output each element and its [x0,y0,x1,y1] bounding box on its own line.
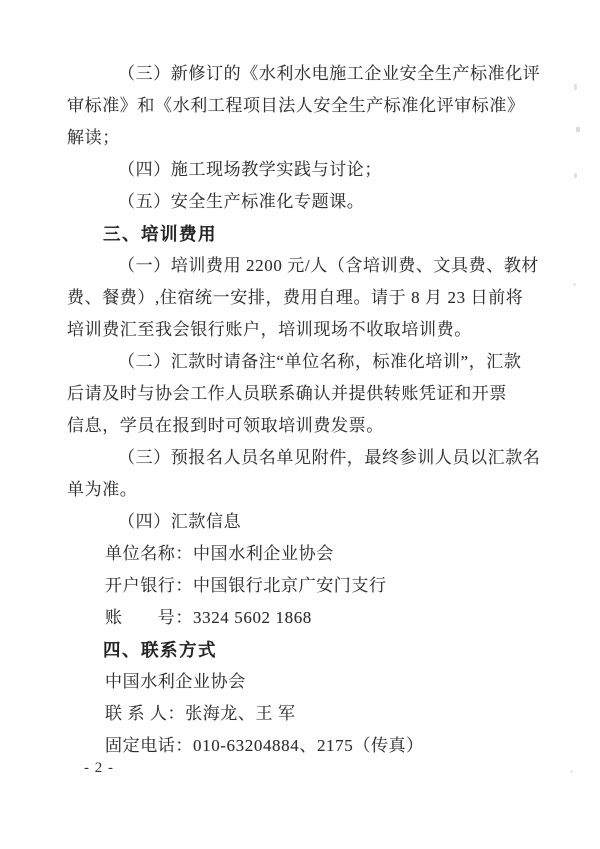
scan-artifact [574,84,577,90]
text-line: （三）新修订的《水利水电施工企业安全生产标准化评 [67,58,539,90]
scan-artifact [576,127,580,132]
text-line: （五）安全生产标准化专题课。 [67,186,539,218]
text-line: 费、餐费）,住宿统一安排，费用自理。请于 8 月 23 日前将 [67,282,539,314]
text-line: 联 系 人：张海龙、王 军 [67,698,539,730]
text-line: 三、培训费用 [67,218,539,250]
text-line: 单位名称：中国水利企业协会 [67,538,539,570]
scan-artifact [574,173,577,178]
text-line: （一）培训费用 2200 元/人（含培训费、文具费、教材 [67,250,539,282]
text-line: 培训费汇至我会银行账户，培训现场不收取培训费。 [67,314,539,346]
text-line: （四）施工现场教学实践与讨论； [67,154,539,186]
text-line: 信息，学员在报到时可领取培训费发票。 [67,410,539,442]
text-line: 中国水利企业协会 [67,666,539,698]
document-page: （三）新修订的《水利水电施工企业安全生产标准化评审标准》和《水利工程项目法人安全… [0,0,600,849]
text-line: 四、联系方式 [67,634,539,666]
text-line: 单为准。 [67,474,539,506]
text-line: 解读； [67,122,539,154]
scan-artifact [573,283,576,286]
scan-artifact [570,770,573,773]
text-line: （三）预报名人员名单见附件，最终参训人员以汇款名 [67,442,539,474]
text-line: 开户银行：中国银行北京广安门支行 [67,570,539,602]
text-line: 固定电话：010-63204884、2175（传真） [67,730,539,762]
text-line: （二）汇款时请备注“单位名称，标准化培训”，汇款 [67,346,539,378]
text-line: 账 号：3324 5602 1868 [67,602,539,634]
text-line: 后请及时与协会工作人员联系确认并提供转账凭证和开票 [67,378,539,410]
page-number: - 2 - [84,760,114,777]
text-line: 审标准》和《水利工程项目法人安全生产标准化评审标准》 [67,90,539,122]
document-body: （三）新修订的《水利水电施工企业安全生产标准化评审标准》和《水利工程项目法人安全… [67,58,539,762]
text-line: （四）汇款信息 [67,506,539,538]
